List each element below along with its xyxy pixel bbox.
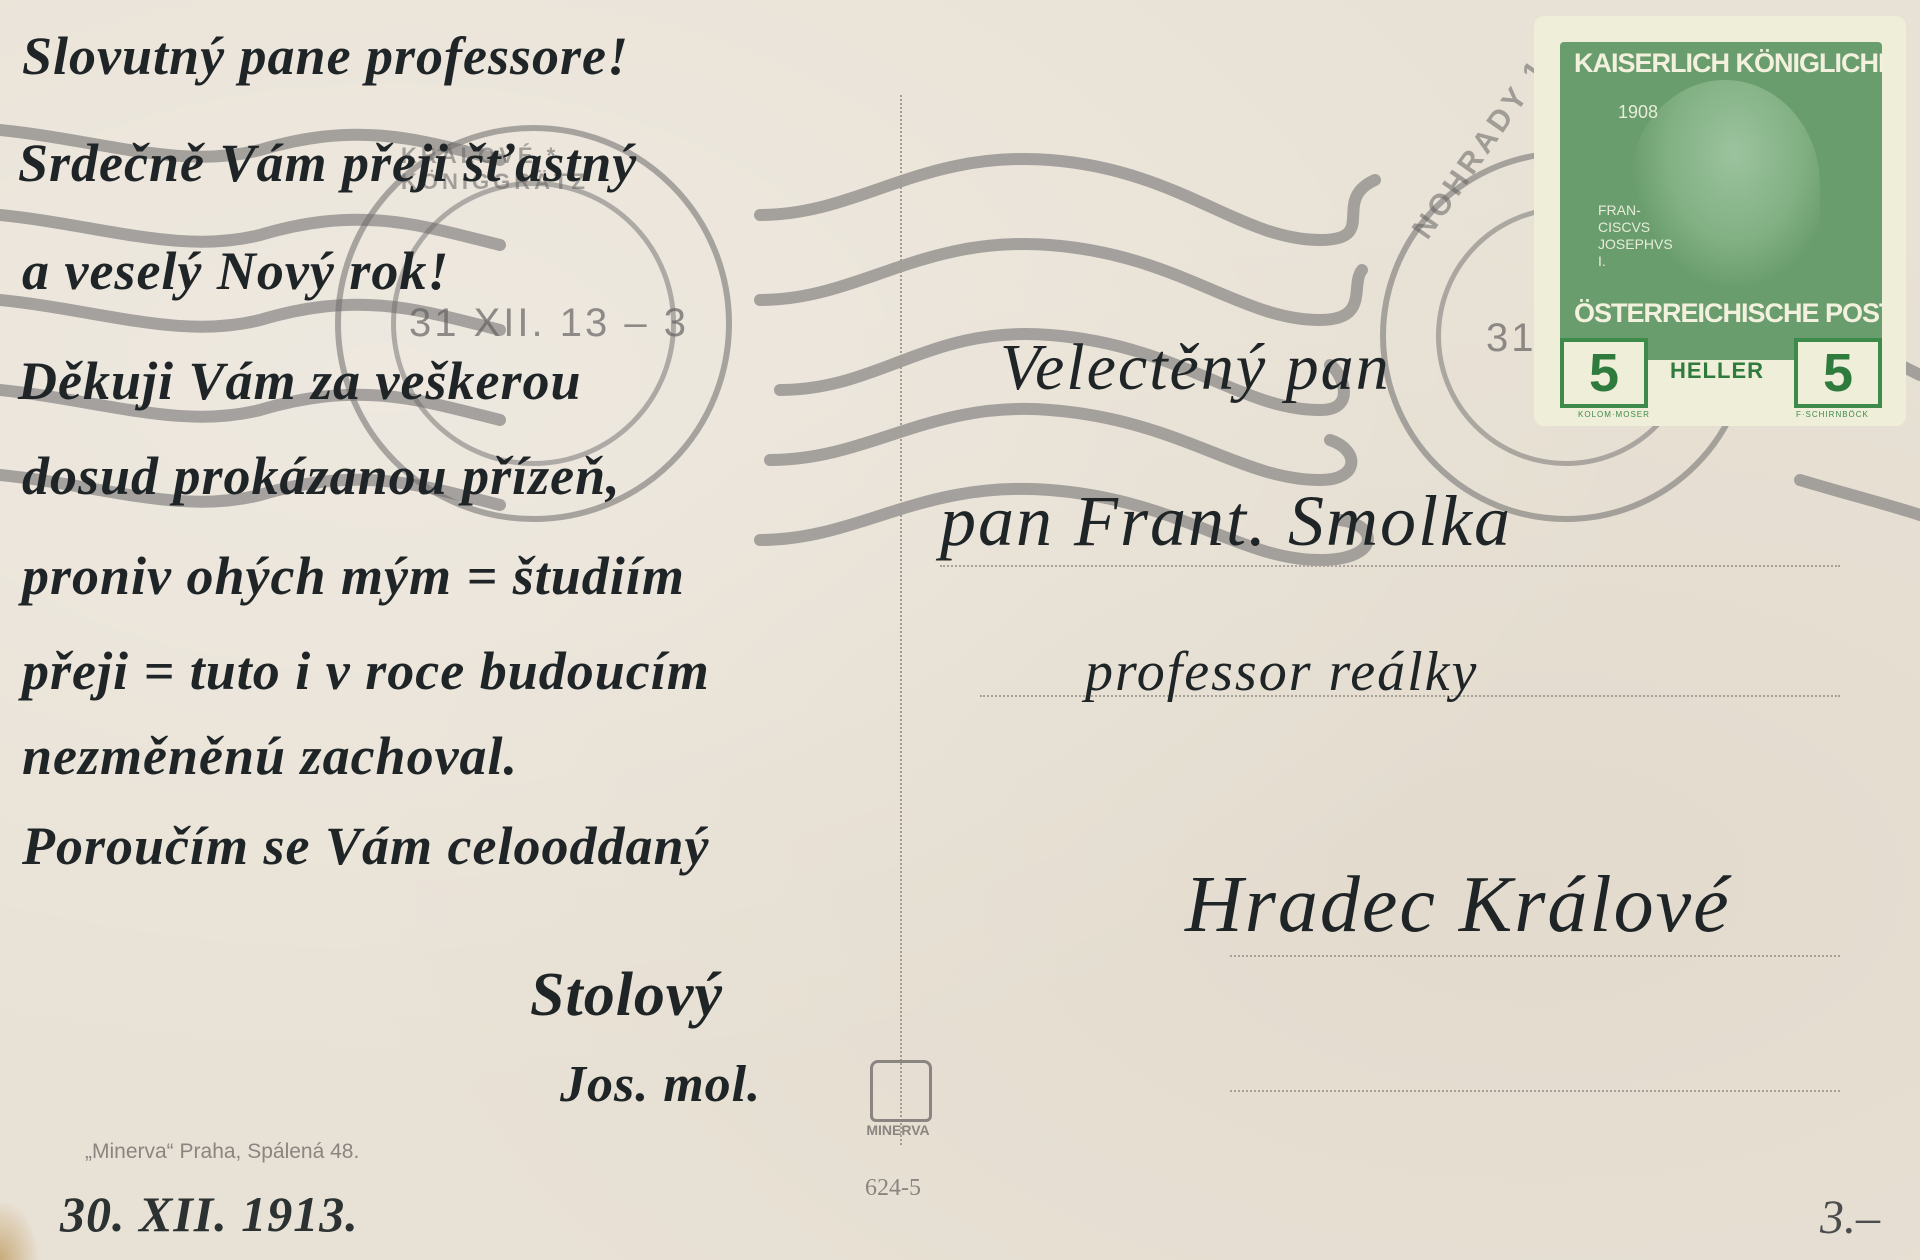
message-line-2: Srdečně Vám přeji šťastný (18, 132, 637, 194)
address-line-1 (940, 565, 1840, 567)
message-line-6: proniv ohých mým = študiím (22, 545, 685, 607)
stamp-bottom-text: ÖSTERREICHISCHE POST (1574, 298, 1882, 329)
message-line-5: dosud prokázanou přízeň, (22, 445, 621, 507)
address-line-4 (1230, 1090, 1840, 1092)
message-line-3: a veselý Nový rok! (22, 240, 449, 302)
center-divider (900, 95, 902, 1145)
address-line-3 (1230, 955, 1840, 957)
stamp-top-text: KAISERLICH KÖNIGLICHE (1574, 48, 1882, 79)
stamp-year: 1908 (1618, 102, 1658, 123)
publisher-imprint: „Minerva“ Praha, Spálená 48. (85, 1140, 359, 1164)
address-name: pan Frant. Smolka (940, 480, 1512, 563)
postcard-back: 31 XII. 13 – 3 KRÁLOVÉ * KÖNIGGRÄTZ 31.X… (0, 0, 1920, 1260)
message-closing: Poroučím se Vám celooddaný (22, 815, 709, 877)
logo-text: MINERVA (862, 1122, 934, 1138)
signature-line-2: Jos. mol. (560, 1055, 761, 1114)
address-salutation: Velectěný pan (1000, 330, 1391, 406)
paper-stain (0, 1200, 40, 1260)
message-line-1: Slovutný pane professore! (22, 25, 629, 87)
message-line-4: Děkuji Vám za veškerou (18, 350, 582, 412)
price-note: 3.– (1820, 1190, 1880, 1245)
stamp-portrait-name: FRAN- CISCVS JOSEPHVS I. (1598, 202, 1673, 270)
message-line-7: přeji = tuto i v roce budoucím (22, 640, 710, 702)
stamp-denomination: HELLER (1670, 358, 1764, 384)
stamp-face: KAISERLICH KÖNIGLICHE ÖSTERREICHISCHE PO… (1560, 42, 1882, 360)
address-title: professor reálky (1085, 640, 1478, 704)
message-line-8: nezměněnú zachoval. (22, 725, 518, 787)
serial-number: 624-5 (865, 1175, 921, 1202)
postmark-left-date: 31 XII. 13 – 3 (409, 301, 689, 346)
minerva-logo: MINERVA (862, 1060, 934, 1150)
signature-line-1: Stolový (530, 960, 723, 1031)
stamp-value-right: 5 (1794, 338, 1882, 408)
stamp-designer: KOLOM·MOSER (1578, 410, 1650, 419)
stamp-engraver: F·SCHIRNBÖCK (1796, 410, 1869, 419)
handwritten-date: 30. XII. 1913. (60, 1185, 359, 1243)
stamp-value-left: 5 (1560, 338, 1648, 408)
address-city: Hradec Králové (1185, 860, 1731, 951)
minerva-emblem-icon (870, 1060, 932, 1122)
postage-stamp: KAISERLICH KÖNIGLICHE ÖSTERREICHISCHE PO… (1538, 20, 1902, 422)
